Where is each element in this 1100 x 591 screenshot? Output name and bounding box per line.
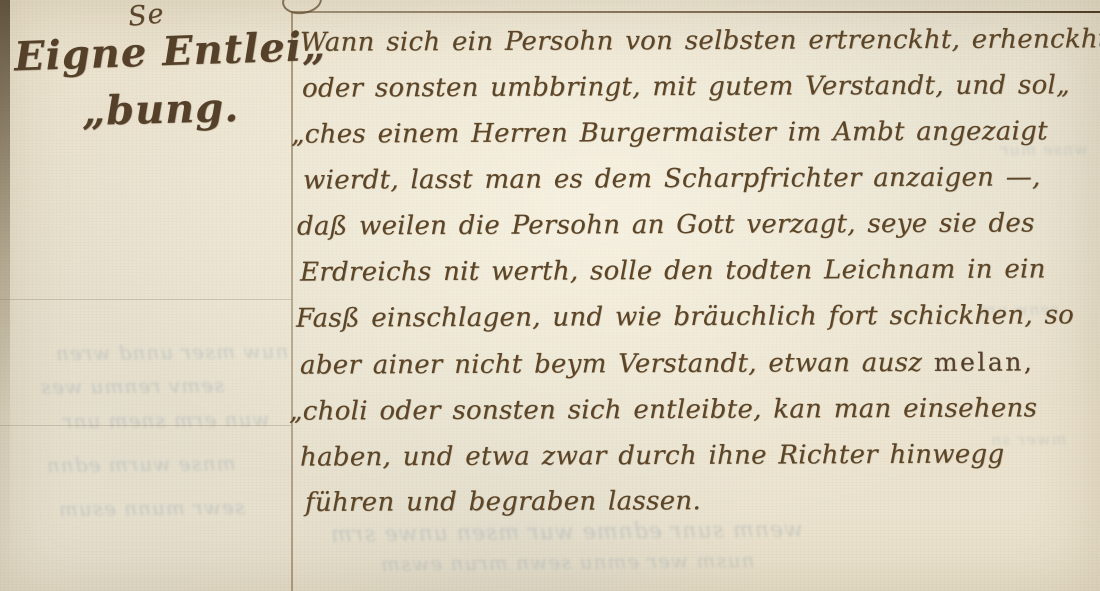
manuscript-page: nuw mser unnd wren semv renmu wes wun er… (0, 0, 1100, 591)
show-through-text: nuw mser unnd wren (55, 339, 289, 365)
manuscript-line: aber ainer nicht beym Verstandt, etwan a… (300, 347, 1034, 380)
ruled-line-horizontal (293, 11, 1100, 13)
show-through-text: wun erm snem unr (62, 407, 270, 433)
page-binding-shadow (0, 0, 10, 591)
manuscript-line: wierdt, lasst man es dem Scharpfrichter … (303, 162, 1041, 195)
manuscript-line-kurrent-part: aber ainer nicht beym Verstandt, etwan a… (300, 348, 934, 381)
show-through-text: nusm wer emnu sewn mrun ewsm (380, 548, 755, 576)
ruled-line-vertical-column-divider (291, 11, 293, 591)
cropped-ink-flourish (280, 0, 323, 17)
margin-guide-line (0, 425, 291, 426)
manuscript-line: „choli oder sonsten sich entleibte, kan … (289, 393, 1037, 426)
margin-heading-line1: Eigne Entlei„ (13, 23, 326, 81)
show-through-text: semv renmu wes (40, 373, 225, 399)
margin-guide-line (0, 299, 291, 300)
show-through-text: sewr munn esum (58, 495, 245, 521)
manuscript-line-latin-word: melan, (934, 347, 1035, 376)
manuscript-line: haben, und etwa zwar durch ihne Richter … (300, 439, 1004, 472)
manuscript-line: führen und begraben lassen. (305, 486, 701, 518)
manuscript-line: oder sonsten umbbringt, mit gutem Versta… (302, 70, 1070, 103)
manuscript-line: Fasß einschlagen, und wie bräuchlich for… (296, 300, 1074, 333)
manuscript-line: Wann sich ein Persohn von selbsten ertre… (300, 24, 1100, 58)
manuscript-line: „ches einem Herren Burgermaister im Ambt… (291, 116, 1048, 149)
show-through-text: wenm sunr ednme wur msen unwe srm (330, 518, 803, 548)
manuscript-line: daß weilen die Persohn an Gott verzagt, … (297, 208, 1035, 241)
margin-heading-line2: „bung. (81, 84, 239, 135)
manuscript-line: Erdreichs nit werth, solle den todten Le… (300, 254, 1046, 287)
show-through-text: mnse wurm ednn (46, 451, 236, 477)
